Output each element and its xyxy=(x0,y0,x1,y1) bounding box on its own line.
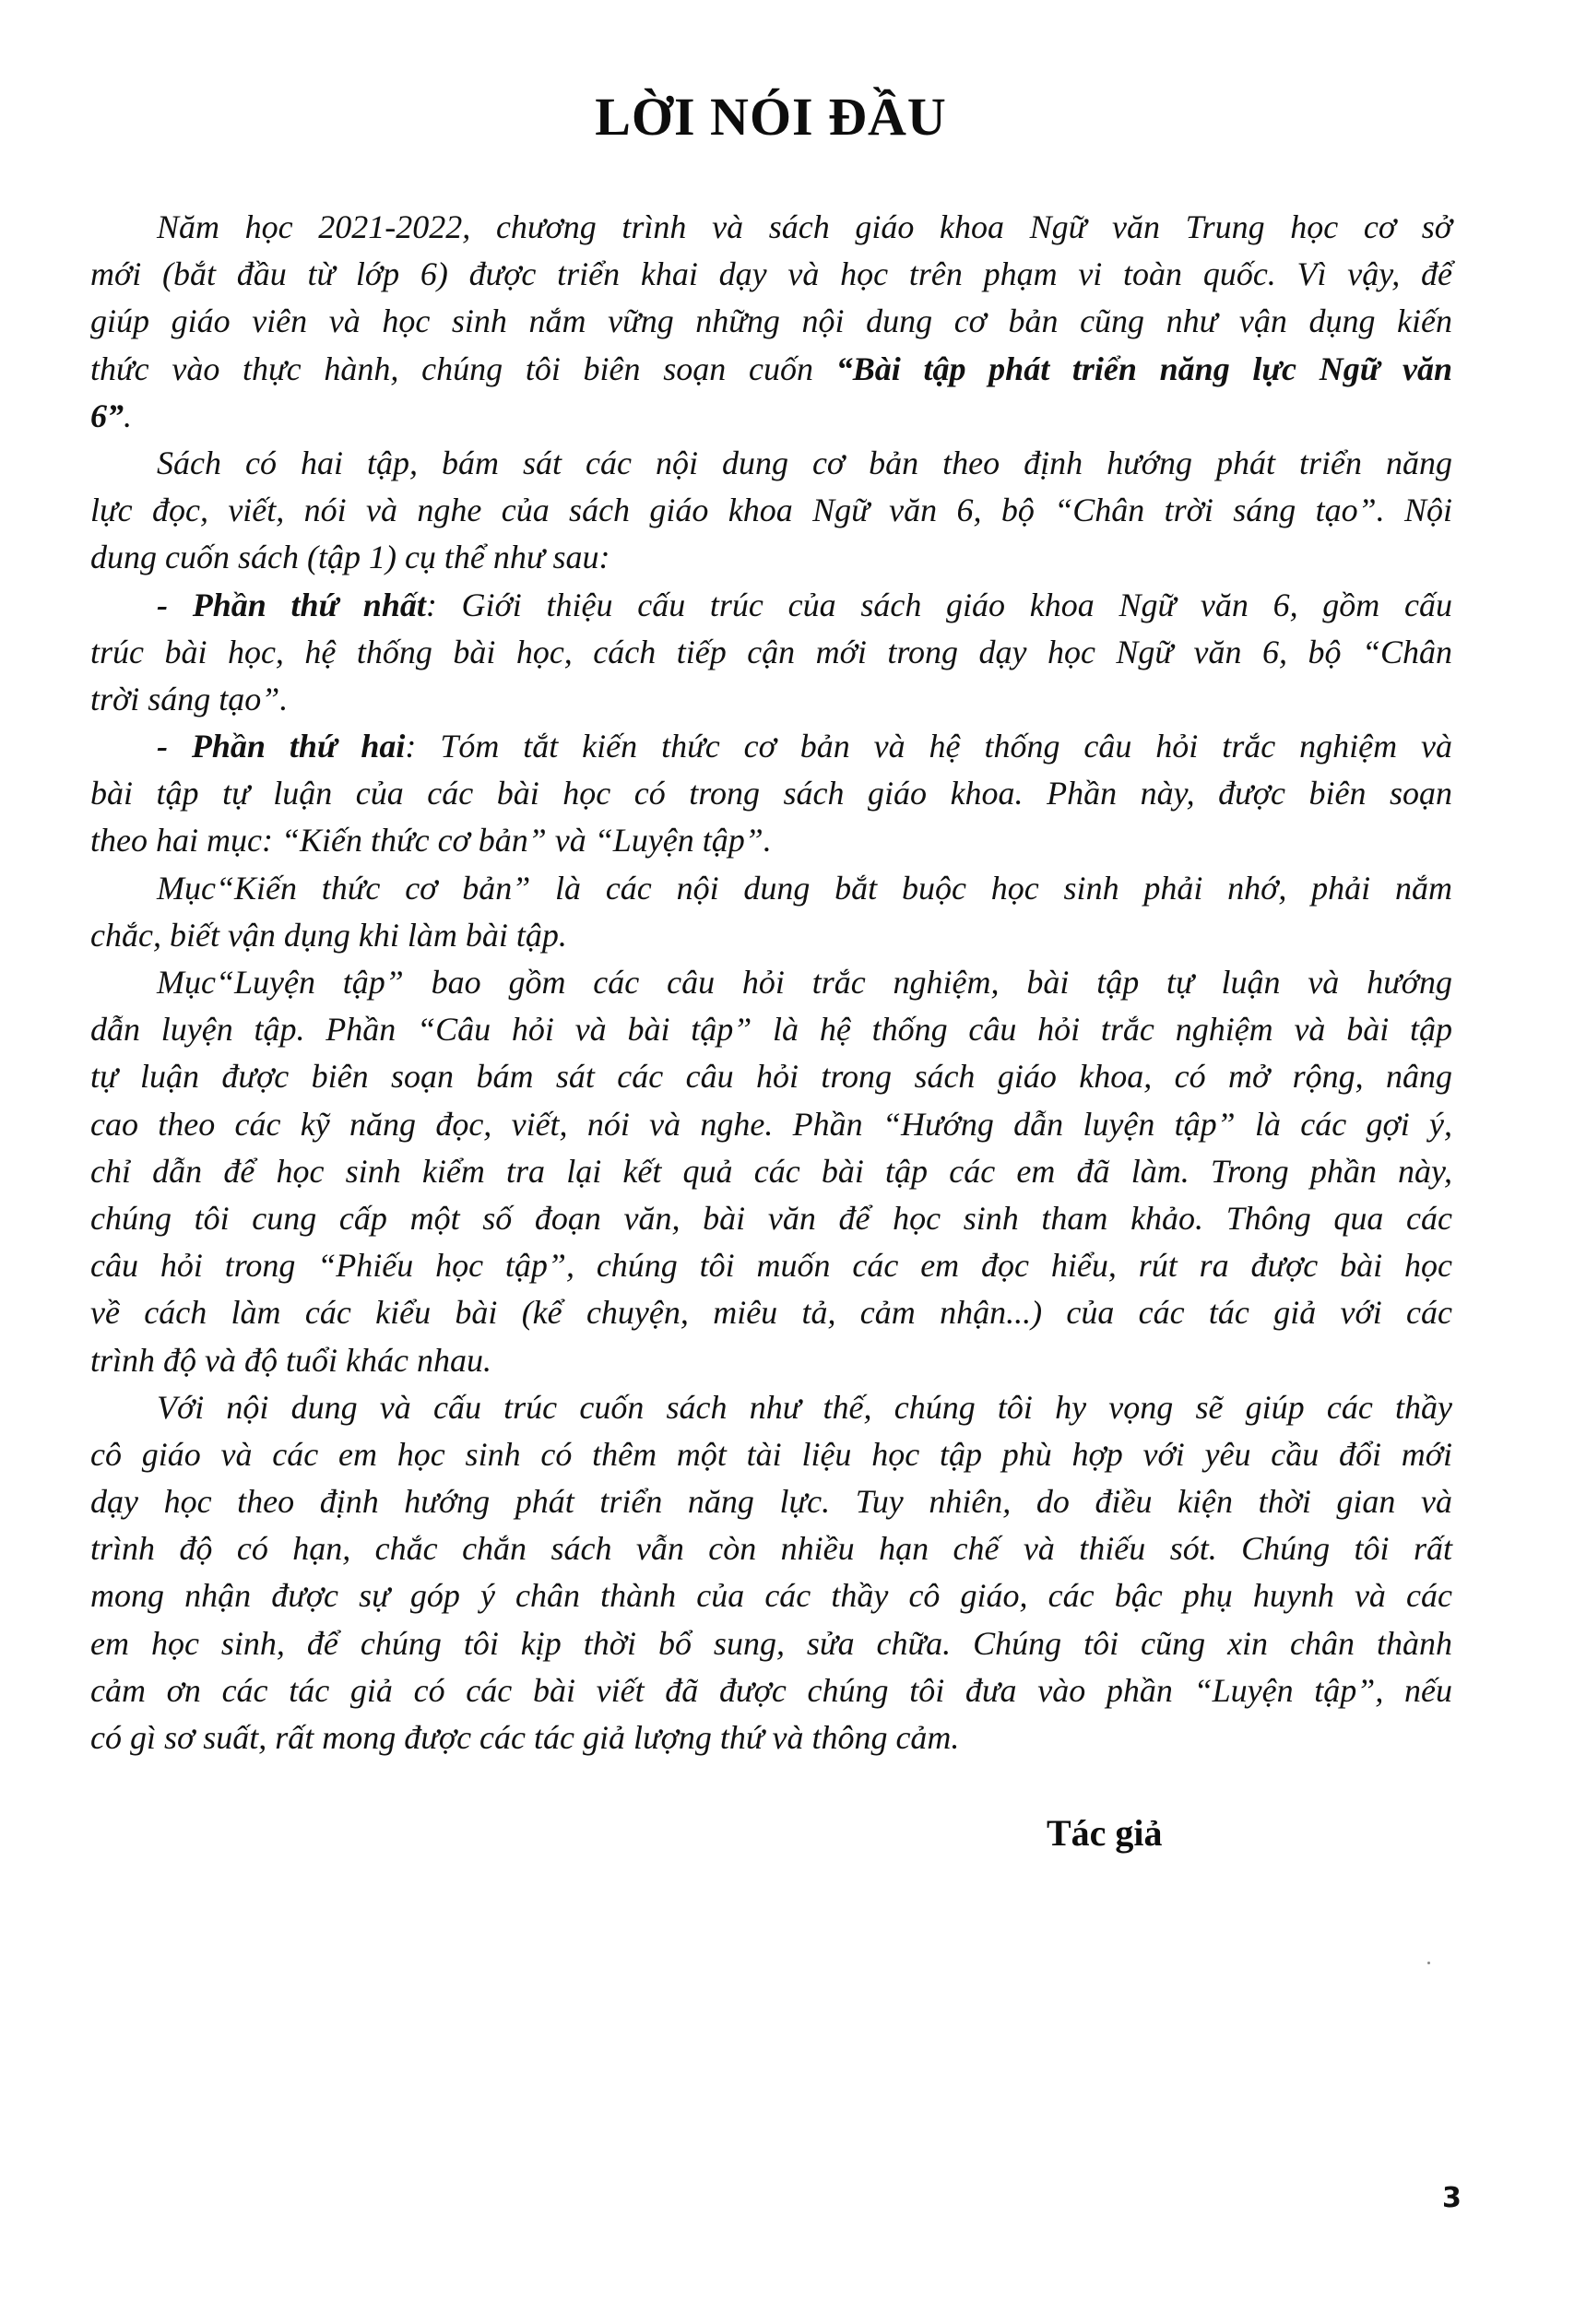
text-line: 6”. xyxy=(90,393,1452,440)
text-segment: tự luận được biên soạn bám sát các câu h… xyxy=(90,1058,1452,1095)
text-line: câu hỏi trong “Phiếu học tập”, chúng tôi… xyxy=(90,1242,1452,1289)
text-line: cao theo các kỹ năng đọc, viết, nói và n… xyxy=(90,1101,1452,1148)
document-page: LỜI NÓI ĐẦU Năm học 2021-2022, chương tr… xyxy=(0,0,1586,2324)
text-segment: Mục“Kiến thức cơ bản” là các nội dung bắ… xyxy=(157,870,1452,907)
text-segment: theo hai mục: “Kiến thức cơ bản” và “Luy… xyxy=(90,822,772,859)
text-line: trời sáng tạo”. xyxy=(90,676,1452,723)
text-line: Sách có hai tập, bám sát các nội dung cơ… xyxy=(90,440,1452,487)
text-line: bài tập tự luận của các bài học có trong… xyxy=(90,770,1452,817)
text-line: dẫn luyện tập. Phần “Câu hỏi và bài tập”… xyxy=(90,1006,1452,1053)
text-segment: : Giới thiệu cấu trúc của sách giáo khoa… xyxy=(426,587,1452,623)
text-segment: Năm học 2021-2022, chương trình và sách … xyxy=(157,208,1452,245)
text-line: theo hai mục: “Kiến thức cơ bản” và “Luy… xyxy=(90,817,1452,864)
text-segment: dạy học theo định hướng phát triển năng … xyxy=(90,1483,1452,1520)
text-segment: có gì sơ suất, rất mong được các tác giả… xyxy=(90,1719,959,1756)
text-line: dạy học theo định hướng phát triển năng … xyxy=(90,1478,1452,1525)
text-line: mong nhận được sự góp ý chân thành của c… xyxy=(90,1572,1452,1619)
text-line: về cách làm các kiểu bài (kể chuyện, miê… xyxy=(90,1289,1452,1336)
text-segment: Mục“Luyện tập” bao gồm các câu hỏi trắc … xyxy=(157,964,1452,1001)
text-segment: : Tóm tắt kiến thức cơ bản và hệ thống c… xyxy=(405,728,1452,765)
text-segment: . xyxy=(124,397,132,434)
text-line: cảm ơn các tác giả có các bài viết đã đư… xyxy=(90,1667,1452,1714)
text-line: dung cuốn sách (tập 1) cụ thể như sau: xyxy=(90,534,1452,581)
text-segment: dẫn luyện tập. Phần “Câu hỏi và bài tập”… xyxy=(90,1011,1452,1048)
page-title: LỜI NÓI ĐẦU xyxy=(0,85,1542,149)
text-segment: trình độ và độ tuổi khác nhau. xyxy=(90,1342,491,1379)
text-line: em học sinh, để chúng tôi kịp thời bổ su… xyxy=(90,1620,1452,1667)
text-segment: chỉ dẫn để học sinh kiểm tra lại kết quả… xyxy=(90,1153,1452,1190)
text-line: Năm học 2021-2022, chương trình và sách … xyxy=(90,204,1452,251)
bold-text-segment: - Phần thứ nhất xyxy=(157,587,426,623)
text-line: - Phần thứ nhất: Giới thiệu cấu trúc của… xyxy=(90,582,1452,629)
preface-body: Năm học 2021-2022, chương trình và sách … xyxy=(90,204,1452,1761)
text-line: trúc bài học, hệ thống bài học, cách tiế… xyxy=(90,629,1452,676)
text-segment: mong nhận được sự góp ý chân thành của c… xyxy=(90,1577,1452,1614)
text-segment: em học sinh, để chúng tôi kịp thời bổ su… xyxy=(90,1625,1452,1662)
text-line: chỉ dẫn để học sinh kiểm tra lại kết quả… xyxy=(90,1148,1452,1195)
text-segment: lực đọc, viết, nói và nghe của sách giáo… xyxy=(90,492,1452,528)
bold-text-segment: - Phần thứ hai xyxy=(157,728,405,765)
bold-text-segment: “Bài tập phát triển năng lực Ngữ văn xyxy=(836,350,1452,387)
text-segment: thức vào thực hành, chúng tôi biên soạn … xyxy=(90,350,836,387)
text-line: Mục“Kiến thức cơ bản” là các nội dung bắ… xyxy=(90,865,1452,912)
text-segment: câu hỏi trong “Phiếu học tập”, chúng tôi… xyxy=(90,1247,1452,1284)
scan-speck xyxy=(1427,1962,1430,1964)
text-line: trình độ và độ tuổi khác nhau. xyxy=(90,1337,1452,1384)
text-line: có gì sơ suất, rất mong được các tác giả… xyxy=(90,1714,1452,1761)
text-segment: Sách có hai tập, bám sát các nội dung cơ… xyxy=(157,445,1452,481)
text-segment: cao theo các kỹ năng đọc, viết, nói và n… xyxy=(90,1106,1452,1143)
bold-text-segment: 6” xyxy=(90,397,124,434)
text-segment: chắc, biết vận dụng khi làm bài tập. xyxy=(90,917,567,954)
text-segment: về cách làm các kiểu bài (kể chuyện, miê… xyxy=(90,1294,1452,1331)
text-line: mới (bắt đầu từ lớp 6) được triển khai d… xyxy=(90,251,1452,298)
text-segment: trình độ có hạn, chắc chắn sách vẫn còn … xyxy=(90,1530,1452,1567)
text-segment: chúng tôi cung cấp một số đoạn văn, bài … xyxy=(90,1200,1452,1237)
text-segment: giúp giáo viên và học sinh nắm vững nhữn… xyxy=(90,302,1452,339)
text-segment: dung cuốn sách (tập 1) cụ thể như sau: xyxy=(90,539,610,575)
text-line: giúp giáo viên và học sinh nắm vững nhữn… xyxy=(90,298,1452,345)
text-line: trình độ có hạn, chắc chắn sách vẫn còn … xyxy=(90,1525,1452,1572)
text-segment: cảm ơn các tác giả có các bài viết đã đư… xyxy=(90,1672,1452,1709)
text-segment: bài tập tự luận của các bài học có trong… xyxy=(90,775,1452,812)
text-line: chắc, biết vận dụng khi làm bài tập. xyxy=(90,912,1452,959)
text-line: - Phần thứ hai: Tóm tắt kiến thức cơ bản… xyxy=(90,723,1452,770)
text-line: Với nội dung và cấu trúc cuốn sách như t… xyxy=(90,1384,1452,1431)
text-line: lực đọc, viết, nói và nghe của sách giáo… xyxy=(90,487,1452,534)
text-line: cô giáo và các em học sinh có thêm một t… xyxy=(90,1431,1452,1478)
page-number: 3 xyxy=(1442,2182,1462,2215)
text-line: chúng tôi cung cấp một số đoạn văn, bài … xyxy=(90,1195,1452,1242)
author-signature: Tác giả xyxy=(1047,1813,1163,1854)
text-line: tự luận được biên soạn bám sát các câu h… xyxy=(90,1053,1452,1100)
text-segment: mới (bắt đầu từ lớp 6) được triển khai d… xyxy=(90,255,1452,292)
text-segment: trời sáng tạo”. xyxy=(90,681,288,717)
text-line: Mục“Luyện tập” bao gồm các câu hỏi trắc … xyxy=(90,959,1452,1006)
text-line: thức vào thực hành, chúng tôi biên soạn … xyxy=(90,346,1452,393)
text-segment: trúc bài học, hệ thống bài học, cách tiế… xyxy=(90,634,1452,670)
text-segment: Với nội dung và cấu trúc cuốn sách như t… xyxy=(157,1389,1452,1426)
text-segment: cô giáo và các em học sinh có thêm một t… xyxy=(90,1436,1452,1473)
